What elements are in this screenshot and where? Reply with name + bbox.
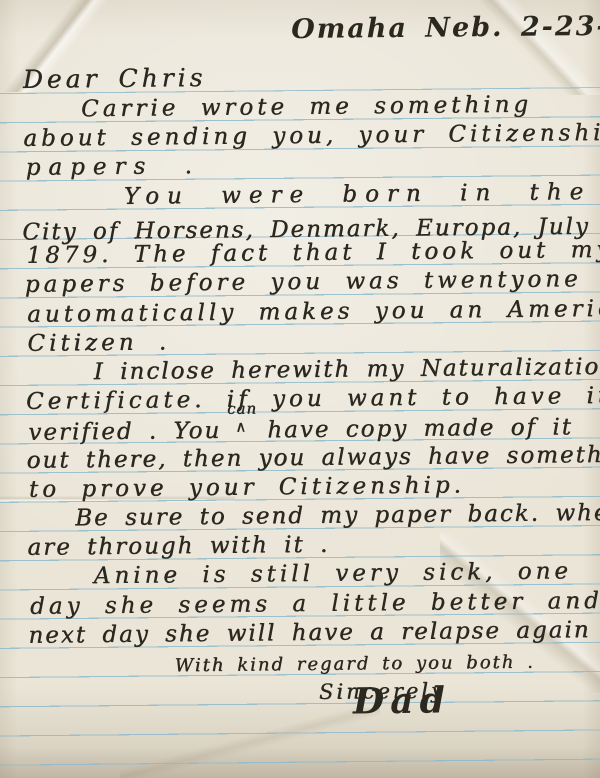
body-line: are through with it . [27,531,329,562]
letter-content: Omaha Neb. 2-23-27 Dear Chris Carrie wro… [0,0,600,778]
body-line: I inclose herewith my Naturalization [94,353,600,386]
body-line: Carrie wrote me something [81,91,532,124]
closing-line: With kind regard to you both . [175,649,535,681]
caret-mark: ∧ [235,412,248,440]
date-line: Omaha Neb. 2-23-27 [291,12,600,44]
body-line: day she seems a little better and the [30,586,600,621]
signature: Dad [353,686,451,715]
body-line: next day she will have a relapse again . [28,616,600,650]
body-text: verified . You [28,418,221,446]
body-line: papers . [25,152,199,182]
insertion: can∧ [221,414,267,437]
salutation: Dear Chris [23,64,207,94]
body-line: 1879. The fact that I took out my [26,236,600,270]
body-text: have copy made of it [267,414,573,443]
body-line: You were born in the [124,178,591,211]
body-line: about sending you, your Citizenship [23,119,600,153]
body-line: to prove your Citizenship. [29,471,465,503]
scanned-letter: Omaha Neb. 2-23-27 Dear Chris Carrie wro… [0,0,600,778]
body-line: Be sure to send my paper back. when you [75,498,600,532]
body-line: automatically makes you an American [27,294,600,328]
body-line: Citizen . [27,328,170,357]
body-line: papers before you was twentyone [25,265,582,299]
body-line: Certificate. if you want to have it [26,382,600,416]
body-line: Anine is still very sick, one [94,557,572,590]
body-line: out there, then you always have somethin… [26,440,600,474]
